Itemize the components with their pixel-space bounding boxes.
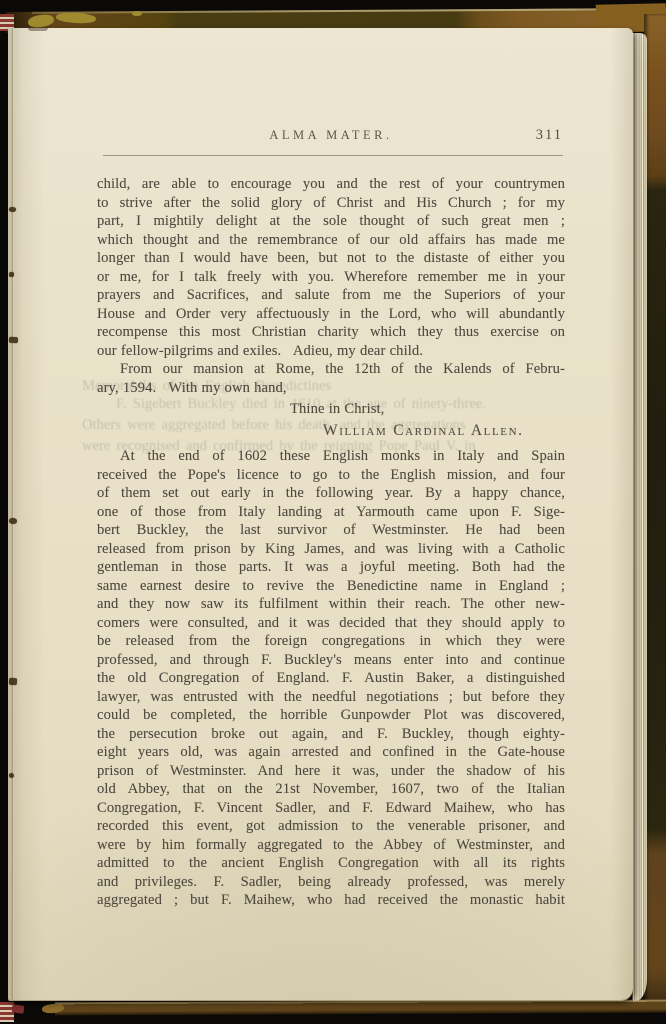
- text-line: could be completed, the horrible Gunpowd…: [97, 706, 565, 725]
- running-title: ALMA MATER.: [97, 128, 565, 143]
- text-line: prison of Westminster. And here it was, …: [97, 762, 565, 781]
- binding-stitch-mark: [9, 337, 18, 343]
- binding-stitch-mark: [9, 207, 16, 212]
- text-line: lawyer, was entrusted with the needful n…: [97, 688, 565, 707]
- text-line: eight years old, was again arrested and …: [97, 743, 565, 762]
- text-line: same earnest desire to revive the Benedi…: [97, 577, 565, 596]
- text-line: our fellow-pilgrims and exiles. Adieu, m…: [97, 342, 565, 361]
- text-line: of them set out early in the following y…: [97, 484, 565, 503]
- text-line: gentleman in those parts. It was a joyfu…: [97, 558, 565, 577]
- text-line: At the end of 1602 these English monks i…: [97, 447, 565, 466]
- book-cover-bottom-edge: [55, 1000, 666, 1016]
- text-line: received the Pope's licence to go to the…: [97, 466, 565, 485]
- text-line: to strive after the solid glory of Chris…: [97, 194, 565, 213]
- text-line: bert Buckley, the last survivor of Westm…: [97, 521, 565, 540]
- valediction: Thine in Christ,: [290, 400, 565, 419]
- text-line: House and Order very affectuously in the…: [97, 305, 565, 324]
- spine-headband-fragment: [12, 1004, 25, 1014]
- dateline: From our mansion at Rome, the 12th of th…: [97, 360, 565, 379]
- page-number: 311: [536, 127, 563, 144]
- body-text: child, are able to encourage you and the…: [97, 175, 565, 910]
- text-line: prayers and Sacrifices, and salute from …: [97, 286, 565, 305]
- text-line: and they now saw its fulfilment within t…: [97, 595, 565, 614]
- book-page: Memorabilis of the English Benedictines …: [8, 28, 633, 1000]
- text-line: child, are able to encourage you and the…: [97, 175, 565, 194]
- text-line: the persecution broke out again, and F. …: [97, 725, 565, 744]
- page-edge-nick: [28, 28, 48, 31]
- running-head: ALMA MATER. 311: [97, 128, 565, 146]
- text-line: part, I mightily delight at the sole tho…: [97, 212, 565, 231]
- binding-wear-fleck: [132, 11, 142, 16]
- text-line: longer than I would have been, but not t…: [97, 249, 565, 268]
- text-line: or me, for I talk freely with you. Where…: [97, 268, 565, 287]
- gutter-crease: [11, 28, 14, 1000]
- text-line: one of those from Italy landing at Yarmo…: [97, 503, 565, 522]
- binding-stitch-mark: [9, 678, 17, 685]
- text-line: professed, and through F. Buckley's mean…: [97, 651, 565, 670]
- binding-stitch-mark: [9, 272, 14, 277]
- text-line: old Abbey, that on the 21st November, 16…: [97, 780, 565, 799]
- text-line: recompense this most Christian charity w…: [97, 323, 565, 342]
- text-line: and privileges. F. Sadler, being already…: [97, 873, 565, 892]
- text-line: the old Congregation of England. F. Aust…: [97, 669, 565, 688]
- text-line: released from prison by King James, and …: [97, 540, 565, 559]
- header-rule: [103, 155, 563, 156]
- book-scan: Memorabilis of the English Benedictines …: [0, 0, 666, 1024]
- text-line: aggregated ; but F. Maihew, who had rece…: [97, 891, 565, 910]
- page-edge-stack: [632, 33, 647, 1001]
- dateline: ary, 1594. With my own hand,: [97, 379, 565, 398]
- text-line: were by him formally aggregated to the A…: [97, 836, 565, 855]
- binding-stitch-mark: [9, 518, 17, 524]
- book-cover-right-edge: [644, 14, 666, 1012]
- text-line: which thought and the remembrance of our…: [97, 231, 565, 250]
- signature-name: William Cardinal Allen.: [323, 422, 565, 441]
- text-line: admitted to the ancient English Congrega…: [97, 854, 565, 873]
- text-line: be released from the foreign congregatio…: [97, 632, 565, 651]
- text-line: Congregation, F. Vincent Sadler, and F. …: [97, 799, 565, 818]
- text-line: recorded this event, got admission to th…: [97, 817, 565, 836]
- text-line: comers were consulted, and it was decide…: [97, 614, 565, 633]
